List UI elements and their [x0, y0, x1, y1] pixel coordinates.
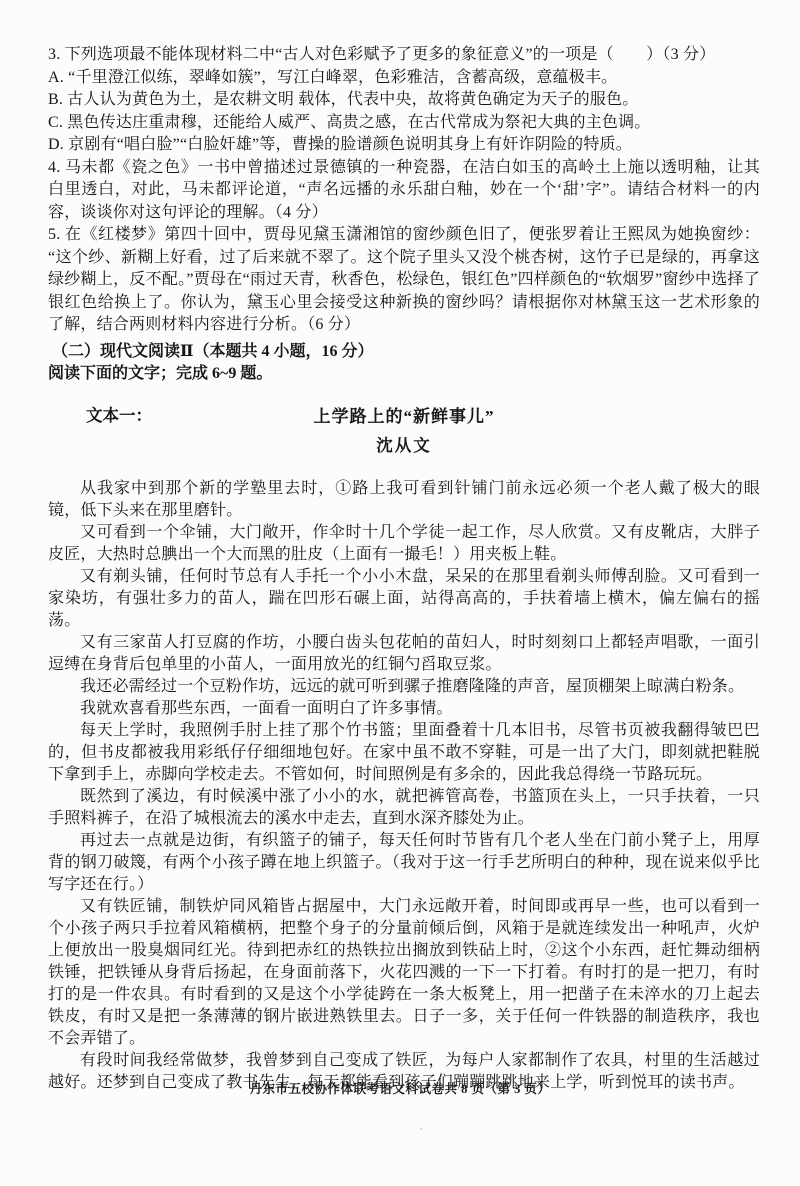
passage-paragraph: 又有剃头铺，任何时节总有人手托一个小小木盘，呆呆的在那里看剃头师傅刮脸。又可看到… — [48, 566, 760, 632]
scan-speck — [676, 922, 679, 924]
question-3-option-c: C. 黑色传达庄重肃穆，还能给人威严、高贵之感，在古代常成为祭祀大典的主色调。 — [48, 112, 760, 135]
passage-title: 上学路上的“新鲜事儿” — [314, 407, 495, 426]
question-3-option-b: B. 古人认为黄色为土，是农耕文明 载体，代表中央，故将黄色确定为天子的服色。 — [48, 89, 760, 112]
scan-speck — [108, 212, 111, 215]
passage-paragraph: 从我家中到那个新的学塾里去时，①路上我可看到针铺门前永远必须一个老人戴了极大的眼… — [48, 478, 760, 522]
page-footer: 丹东市五校协作体联考语文科试卷共 8 页（第 3 页） — [0, 1079, 800, 1097]
section-instruction: 阅读下面的文字；完成 6~9 题。 — [48, 363, 760, 386]
question-3: 3. 下列选项最不能体现材料二中“古人对色彩赋予了更多的象征意义”的一项是（ ）… — [48, 44, 760, 157]
exam-paper-page: 3. 下列选项最不能体现材料二中“古人对色彩赋予了更多的象征意义”的一项是（ ）… — [0, 0, 800, 1186]
passage-body: 从我家中到那个新的学塾里去时，①路上我可看到针铺门前永远必须一个老人戴了极大的眼… — [48, 478, 760, 1094]
passage-paragraph: 既然到了溪边，有时候溪中涨了小小的水，就把裤管高卷，书篮顶在头上，一只手扶着，一… — [48, 786, 760, 830]
passage-paragraph: 再过去一点就是边街，有织篮子的铺子，每天任何时节皆有几个老人坐在门前小凳子上，用… — [48, 830, 760, 896]
scan-speck — [420, 1128, 422, 1130]
passage-label: 文本一： — [86, 402, 152, 426]
passage-paragraph: 又可看到一个伞铺，大门敞开，作伞时十几个学徒一起工作，尽人欣赏。又有皮靴店，大胖… — [48, 522, 760, 566]
question-3-option-d: D. 京剧有“唱白脸”“白脸奸雄”等，曹操的脸谱颜色说明其身上有奸诈阴险的特质。 — [48, 134, 760, 157]
passage-paragraph: 我还必需经过一个豆粉作坊，远远的就可听到骡子推磨隆隆的声音，屋顶棚架上晾满白粉条… — [48, 676, 760, 698]
passage-paragraph: 我就欢喜看那些东西，一面看一面明白了许多事情。 — [48, 698, 760, 720]
section-heading: （二）现代文阅读Ⅱ（本题共 4 小题，16 分） — [52, 341, 760, 364]
passage-paragraph: 又有三家苗人打豆腐的作坊，小腰白齿头包花帕的苗妇人，时时刻刻口上都轻声唱歌，一面… — [48, 632, 760, 676]
passage-paragraph: 每天上学时，我照例手肘上挂了那个竹书篮；里面叠着十几本旧书，尽管书页被我翻得皱巴… — [48, 720, 760, 786]
passage-paragraph: 又有铁匠铺，制铁炉同风箱皆占据屋中，大门永远敞开着，时间即或再早一些，也可以看到… — [48, 896, 760, 1050]
passage-author: 沈从文 — [48, 432, 760, 456]
question-3-option-a: A. “千里澄江似练，翠峰如簇”，写江白峰翠，色彩雅洁，含蓄高级，意蕴极丰。 — [48, 67, 760, 90]
question-3-stem: 3. 下列选项最不能体现材料二中“古人对色彩赋予了更多的象征意义”的一项是（ ）… — [48, 44, 760, 67]
question-4: 4. 马未都《瓷之色》一书中曾描述过景德镇的一种瓷器，在洁白如玉的高岭土上施以透… — [48, 157, 760, 225]
question-5: 5. 在《红楼梦》第四十回中，贾母见黛玉潇湘馆的窗纱颜色旧了，便张罗着让王熙凤为… — [48, 224, 760, 337]
passage-title-row: 文本一： 上学路上的“新鲜事儿” — [48, 402, 760, 426]
